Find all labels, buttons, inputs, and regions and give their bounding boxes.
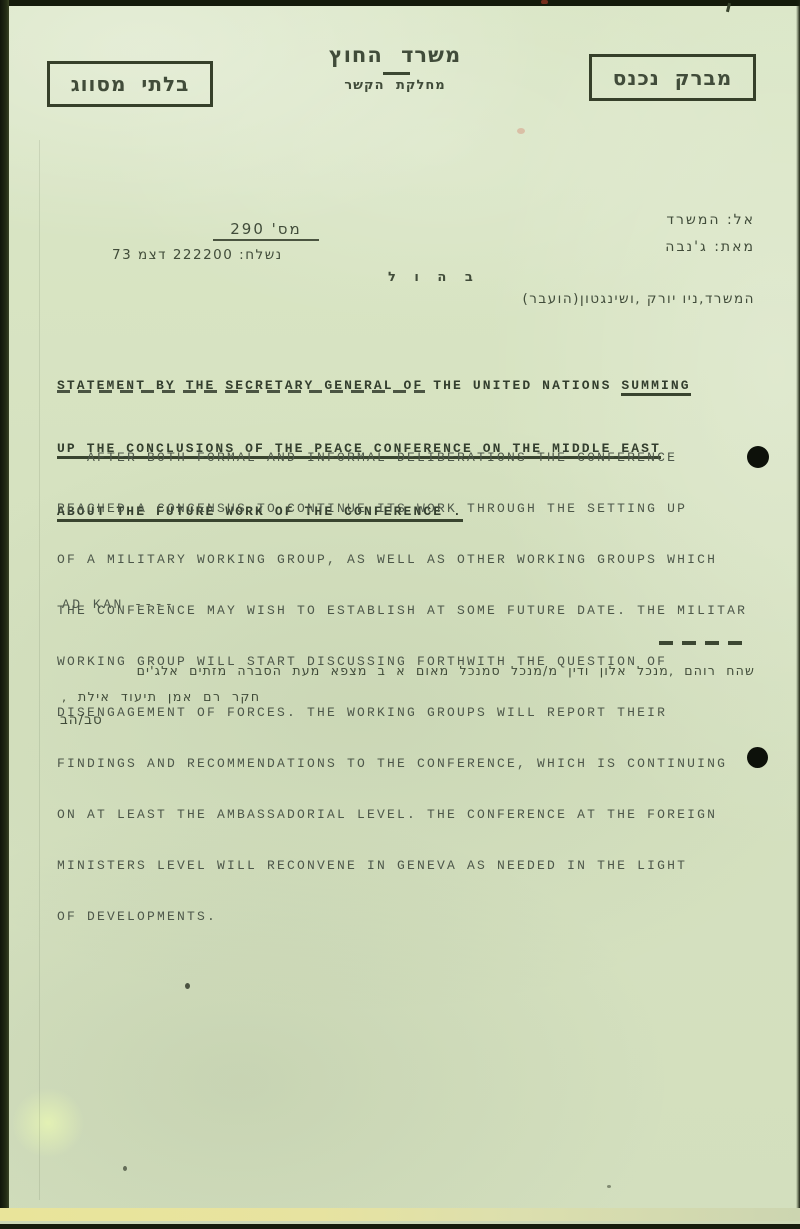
body-line: FINDINGS AND RECOMMENDATIONS TO THE CONF… xyxy=(57,755,747,772)
classification-stamp: בלתי מסווג xyxy=(47,61,213,107)
ministry-title: משרד החוץ xyxy=(285,42,505,67)
bottom-yellow-strip xyxy=(0,1208,800,1221)
scan-edge-right xyxy=(796,0,800,1229)
telegram-body: AFTER BOTH FORMAL AND INFORMAL DELIBERAT… xyxy=(57,415,747,959)
ink-speck xyxy=(185,983,190,989)
hole-punch-top xyxy=(747,446,769,468)
routing-line: המשרד,ניו יורק ,ושינגטון(הועבר) xyxy=(523,291,755,307)
body-line: REACHED A CONCENSUS TO CONTINUE ITS WORK… xyxy=(57,500,747,517)
body-line: DISENGAGEMENT OF FORCES. THE WORKING GRO… xyxy=(57,704,747,721)
sent-line: נשלח: 222200 דצמ 73 xyxy=(112,247,283,263)
from-line: מאת: ג'נבה xyxy=(665,239,755,255)
body-line: MINISTERS LEVEL WILL RECONVENE IN GENEVA… xyxy=(57,857,747,874)
body-line: OF DEVELOPMENTS. xyxy=(57,908,747,925)
signature-initials: סב/הב xyxy=(60,712,103,728)
dashed-rule xyxy=(57,390,425,393)
end-marker: AD KAN ---- xyxy=(62,597,175,612)
body-line: ON AT LEAST THE AMBASSADORIAL LEVEL. THE… xyxy=(57,806,747,823)
paper-bright-patch xyxy=(12,1088,84,1158)
pen-tick-mark xyxy=(726,3,731,12)
ministry-title-underline xyxy=(383,72,410,75)
classification-stamp-label: בלתי מסווג xyxy=(71,72,190,96)
distribution-line-2: חקר רם אמן תיעוד אילת , xyxy=(62,689,261,704)
end-dashes xyxy=(659,641,746,645)
distribution-line-1: שהח רוהם ,מנכל אלון ודין מ/מנכל סמנכל מא… xyxy=(137,663,755,678)
scan-edge-left xyxy=(0,0,9,1229)
hole-punch-bottom xyxy=(747,747,768,768)
incoming-telegram-stamp: מברק נכנס xyxy=(589,54,756,101)
telegram-document: מברק נכנס בלתי מסווג משרד החוץ מחלקת הקש… xyxy=(0,0,800,1229)
scan-edge-bottom xyxy=(0,1224,800,1229)
body-line: OF A MILITARY WORKING GROUP, AS WELL AS … xyxy=(57,551,747,568)
incoming-telegram-stamp-label: מברק נכנס xyxy=(613,66,732,90)
to-line: אל: המשרד xyxy=(666,212,755,228)
body-line: AFTER BOTH FORMAL AND INFORMAL DELIBERAT… xyxy=(57,449,747,466)
department-subtitle: מחלקת הקשר xyxy=(285,78,505,93)
ink-speck xyxy=(123,1166,127,1171)
ink-speck xyxy=(607,1185,611,1188)
telegram-number: מס' 290 xyxy=(213,220,319,241)
subject-line-1-underlined: SUMMING xyxy=(621,378,690,396)
urgency-marking: ב ה ו ל xyxy=(388,270,480,285)
red-ink-speck xyxy=(541,0,548,4)
scan-edge-top xyxy=(0,0,800,6)
paper-crease-line xyxy=(39,140,40,1200)
red-ink-speck xyxy=(517,128,525,134)
